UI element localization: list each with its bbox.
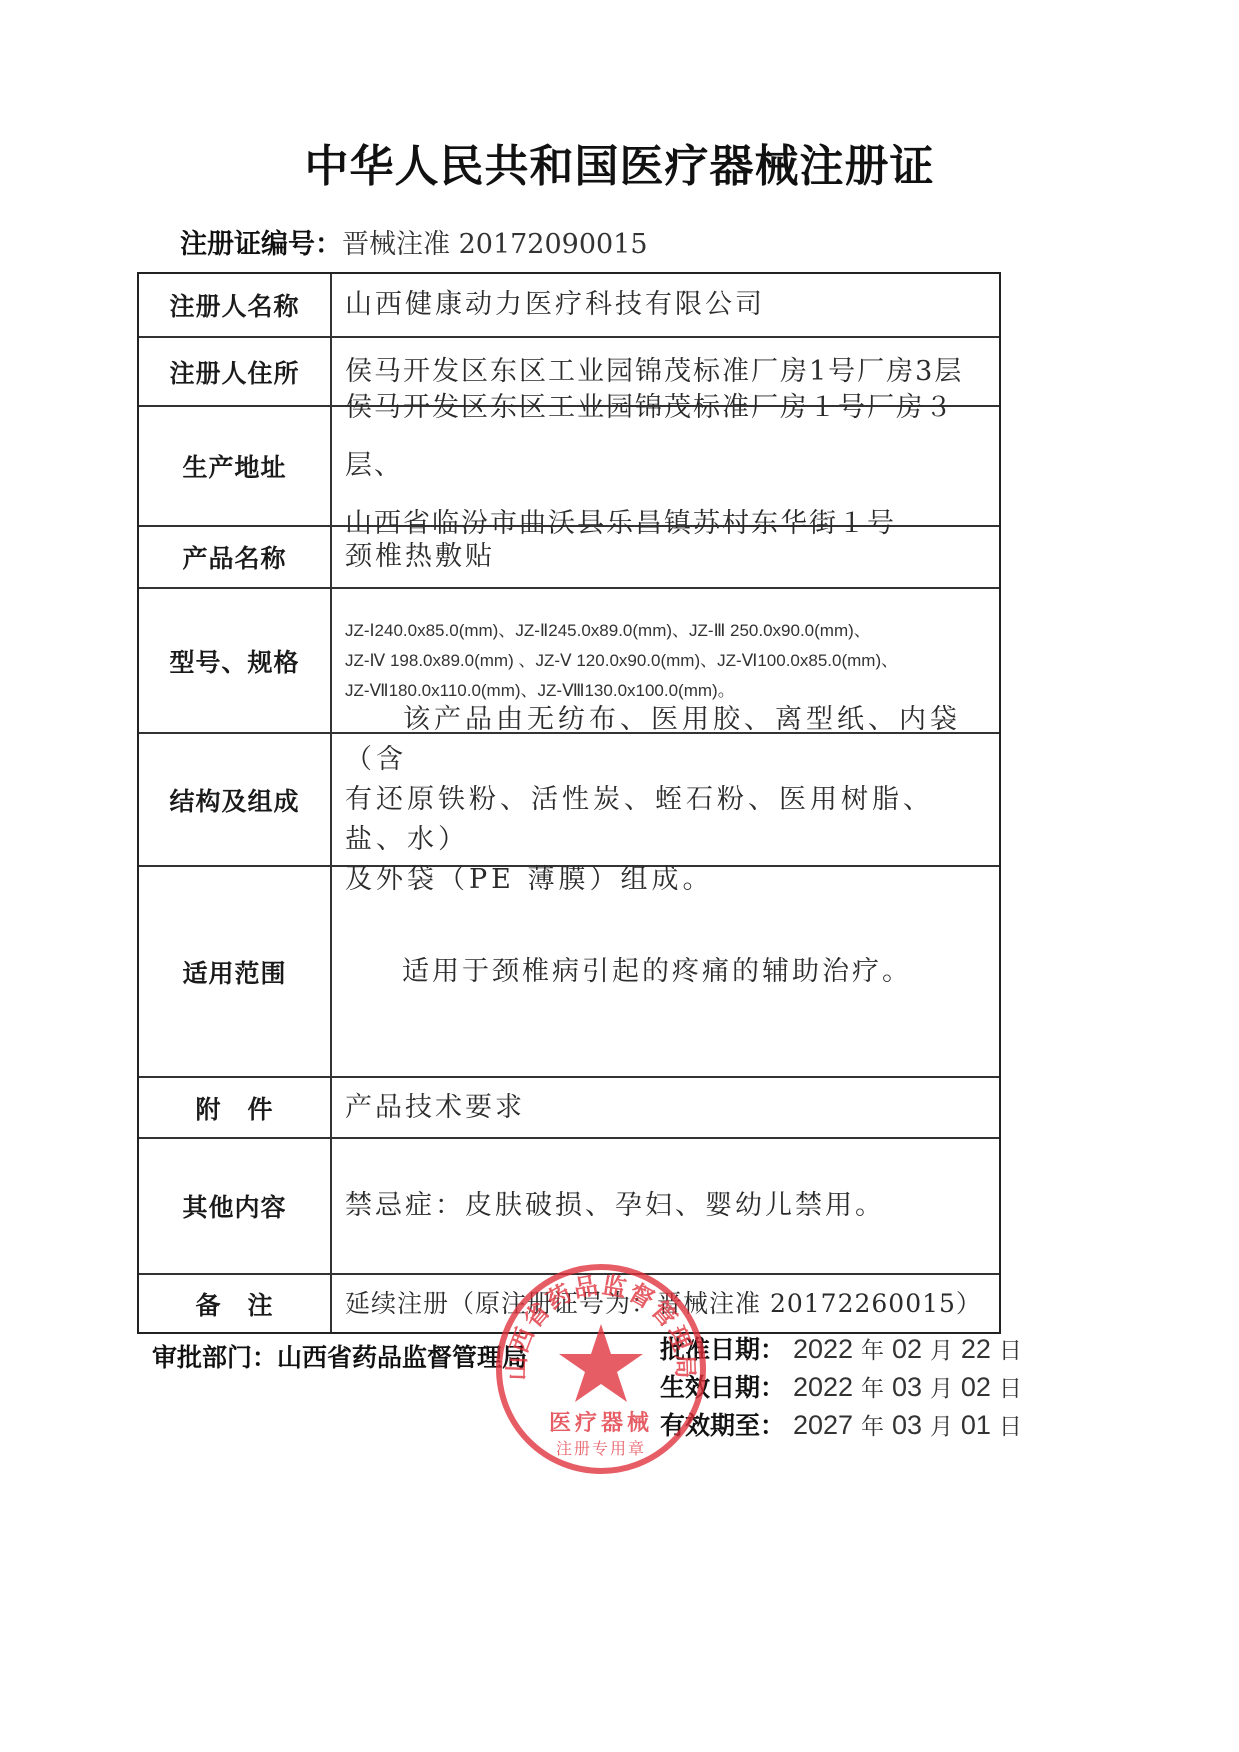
value-registrant-name: 山西健康动力医疗科技有限公司 <box>332 274 999 336</box>
label-model-spec: 型号、规格 <box>139 589 332 732</box>
label-remarks: 备 注 <box>139 1275 332 1332</box>
text-line: 产品技术要求 <box>345 1079 989 1137</box>
row-attachment: 附 件 产品技术要求 <box>139 1076 999 1137</box>
text-line: 侯马开发区东区工业园锦茂标准厂房１号厂房３层、 <box>345 379 989 495</box>
unit-day: 日 <box>999 1376 1022 1402</box>
text-line: 禁忌症：皮肤破损、孕妇、婴幼儿禁用。 <box>345 1177 989 1235</box>
registration-number-label: 注册证编号： <box>180 229 342 260</box>
row-scope: 适用范围 适用于颈椎病引起的疼痛的辅助治疗。 <box>139 865 999 1076</box>
registration-number: 注册证编号：晋械注准 20172090015 <box>180 222 648 261</box>
value-other: 禁忌症：皮肤破损、孕妇、婴幼儿禁用。 <box>332 1139 999 1273</box>
text-line: 有还原铁粉、活性炭、蛭石粉、医用树脂、盐、水） <box>345 780 989 860</box>
date-year: 2022 <box>793 1334 853 1364</box>
unit-year: 年 <box>861 1414 884 1440</box>
document-title: 中华人民共和国医疗器械注册证 <box>0 130 1239 194</box>
unit-year: 年 <box>861 1376 884 1402</box>
row-production-address: 生产地址 侯马开发区东区工业园锦茂标准厂房１号厂房３层、 山西省临汾市曲沃县乐昌… <box>139 405 999 525</box>
unit-day: 日 <box>999 1414 1022 1440</box>
row-registrant-name: 注册人名称 山西健康动力医疗科技有限公司 <box>139 274 999 336</box>
row-product-name: 产品名称 颈椎热敷贴 <box>139 525 999 587</box>
text-line: JZ-Ⅰ240.0x85.0(mm)、JZ-Ⅱ245.0x89.0(mm)、JZ… <box>345 616 989 646</box>
value-structure: 该产品由无纺布、医用胶、离型纸、内袋（含 有还原铁粉、活性炭、蛭石粉、医用树脂、… <box>332 734 999 865</box>
text-line: JZ-Ⅳ 198.0x89.0(mm) 、JZ-Ⅴ 120.0x90.0(mm)… <box>345 646 989 676</box>
date-label: 批准日期： <box>660 1335 785 1364</box>
date-label: 有效期至： <box>660 1411 785 1440</box>
unit-month: 月 <box>930 1376 953 1402</box>
seal-sub-text: 注册专用章 <box>556 1439 646 1458</box>
text-line: 颈椎热敷贴 <box>345 528 989 586</box>
value-attachment: 产品技术要求 <box>332 1078 999 1137</box>
approval-department-label: 审批部门： <box>152 1343 277 1372</box>
date-label: 生效日期： <box>660 1373 785 1402</box>
label-other: 其他内容 <box>139 1139 332 1273</box>
certificate-table: 注册人名称 山西健康动力医疗科技有限公司 注册人住所 侯马开发区东区工业园锦茂标… <box>137 272 1001 1334</box>
text-line: 该产品由无纺布、医用胶、离型纸、内袋（含 <box>345 700 989 780</box>
label-product-name: 产品名称 <box>139 527 332 587</box>
star-icon <box>559 1324 643 1402</box>
date-day: 22 <box>961 1334 991 1364</box>
registration-number-value: 晋械注准 20172090015 <box>342 229 648 260</box>
date-month: 02 <box>892 1334 922 1364</box>
approval-department: 审批部门：山西省药品监督管理局 <box>152 1338 527 1374</box>
effective-date: 生效日期： 2022 年 03 月 02 日 <box>660 1368 1022 1406</box>
label-structure: 结构及组成 <box>139 734 332 865</box>
label-registrant-address: 注册人住所 <box>139 338 332 405</box>
label-registrant-name: 注册人名称 <box>139 274 332 336</box>
date-month: 03 <box>892 1372 922 1402</box>
text-line: 山西健康动力医疗科技有限公司 <box>345 276 989 334</box>
row-structure: 结构及组成 该产品由无纺布、医用胶、离型纸、内袋（含 有还原铁粉、活性炭、蛭石粉… <box>139 732 999 865</box>
approval-date: 批准日期： 2022 年 02 月 22 日 <box>660 1330 1022 1368</box>
label-production-address: 生产地址 <box>139 407 332 525</box>
unit-month: 月 <box>930 1414 953 1440</box>
date-year: 2022 <box>793 1372 853 1402</box>
expiry-date: 有效期至： 2027 年 03 月 01 日 <box>660 1406 1022 1444</box>
row-other: 其他内容 禁忌症：皮肤破损、孕妇、婴幼儿禁用。 <box>139 1137 999 1273</box>
label-attachment: 附 件 <box>139 1078 332 1137</box>
unit-day: 日 <box>999 1338 1022 1364</box>
text-line: 适用于颈椎病引起的疼痛的辅助治疗。 <box>402 943 989 1001</box>
dates-block: 批准日期： 2022 年 02 月 22 日 生效日期： 2022 年 03 月… <box>660 1330 1022 1444</box>
approval-department-value: 山西省药品监督管理局 <box>277 1343 527 1372</box>
date-day: 02 <box>961 1372 991 1402</box>
row-remarks: 备 注 延续注册（原注册证号为：晋械注准 20172260015） <box>139 1273 999 1332</box>
unit-month: 月 <box>930 1338 953 1364</box>
label-scope: 适用范围 <box>139 867 332 1076</box>
date-month: 03 <box>892 1410 922 1440</box>
value-scope: 适用于颈椎病引起的疼痛的辅助治疗。 <box>332 867 999 1076</box>
date-day: 01 <box>961 1410 991 1440</box>
date-year: 2027 <box>793 1410 853 1440</box>
unit-year: 年 <box>861 1338 884 1364</box>
text-line: 延续注册（原注册证号为：晋械注准 20172260015） <box>345 1275 989 1333</box>
value-remarks: 延续注册（原注册证号为：晋械注准 20172260015） <box>332 1275 999 1332</box>
value-product-name: 颈椎热敷贴 <box>332 527 999 587</box>
seal-bottom-text: 医疗器械 <box>549 1410 653 1436</box>
value-production-address: 侯马开发区东区工业园锦茂标准厂房１号厂房３层、 山西省临汾市曲沃县乐昌镇苏村东华… <box>332 407 999 525</box>
